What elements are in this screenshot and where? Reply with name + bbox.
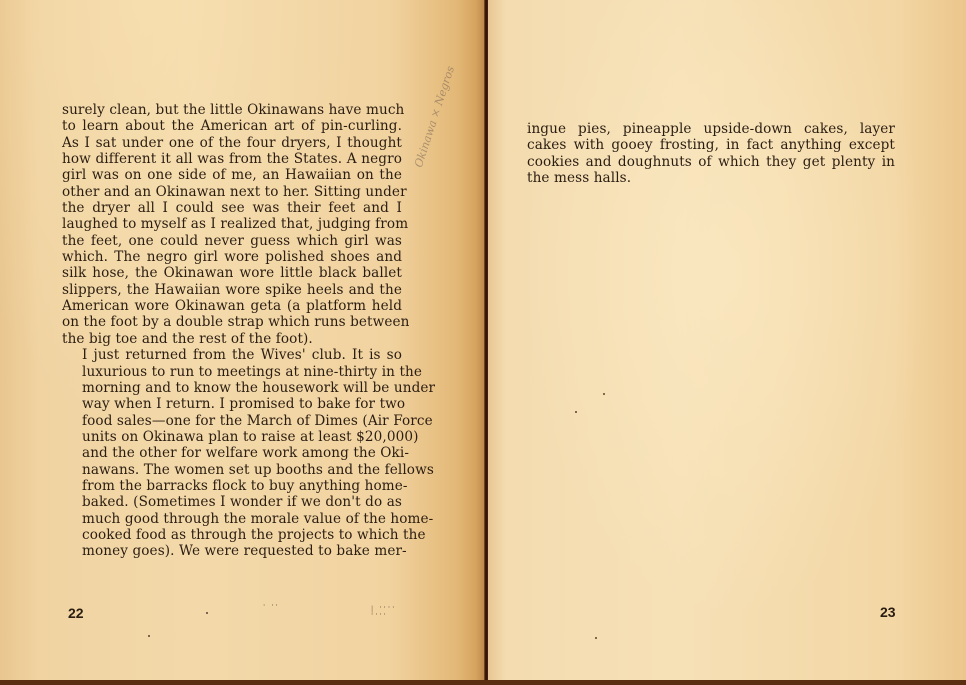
- text-line: food sales—one for the March of Dimes (A…: [62, 413, 402, 429]
- text-line: to learn about the American art of pin-c…: [62, 118, 402, 134]
- text-line: As I sat under one of the four dryers, I…: [62, 135, 402, 151]
- text-line: cookies and doughnuts of which they get …: [527, 154, 895, 170]
- paragraph-1: surely clean, but the little Okinawans h…: [62, 102, 402, 347]
- ink-mark: ' '': [262, 604, 279, 611]
- page-number-left: 22: [68, 605, 84, 621]
- text-line: American wore Okinawan geta (a platform …: [62, 298, 402, 314]
- text-line: cooked food as through the projects to w…: [62, 527, 402, 543]
- text-line: slippers, the Hawaiian wore spike heels …: [62, 282, 402, 298]
- text-line: baked. (Sometimes I wonder if we don't d…: [62, 494, 402, 510]
- left-page: surely clean, but the little Okinawans h…: [0, 0, 486, 682]
- text-line: and the other for welfare work among the…: [62, 445, 402, 461]
- paragraph-3: ingue pies, pineapple upside-down cakes,…: [527, 121, 895, 186]
- text-line: girl was on one side of me, an Hawaiian …: [62, 167, 402, 183]
- text-line: the dryer all I could see was their feet…: [62, 200, 402, 216]
- text-line: surely clean, but the little Okinawans h…: [62, 102, 402, 118]
- paragraph-2: I just returned from the Wives' club. It…: [62, 347, 402, 559]
- text-line: laughed to myself as I realized that, ju…: [62, 216, 402, 232]
- text-line: silk hose, the Okinawan wore little blac…: [62, 265, 402, 281]
- text-line: the big toe and the rest of the foot).: [62, 331, 402, 347]
- page-number-right: 23: [880, 604, 896, 620]
- book-spread: surely clean, but the little Okinawans h…: [0, 0, 966, 682]
- left-page-body: surely clean, but the little Okinawans h…: [62, 102, 402, 560]
- right-page-body: ingue pies, pineapple upside-down cakes,…: [527, 121, 895, 186]
- text-line: on the foot by a double strap which runs…: [62, 314, 402, 330]
- text-line: other and an Okinawan next to her. Sitti…: [62, 184, 402, 200]
- text-line: ingue pies, pineapple upside-down cakes,…: [527, 121, 895, 137]
- text-line: how different it all was from the States…: [62, 151, 402, 167]
- text-line: much good through the morale value of th…: [62, 511, 402, 527]
- text-line: money goes). We were requested to bake m…: [62, 543, 402, 559]
- text-line: units on Okinawa plan to raise at least …: [62, 429, 402, 445]
- handwritten-margin-note: Okinawa × Negros: [412, 64, 458, 169]
- text-line: nawans. The women set up booths and the …: [62, 462, 402, 478]
- paper-speck: [206, 612, 208, 614]
- book-gutter: [484, 0, 488, 682]
- text-line: cakes with gooey frosting, in fact anyth…: [527, 137, 895, 153]
- text-line: which. The negro girl wore polished shoe…: [62, 249, 402, 265]
- ink-mark: | '''''''': [370, 606, 395, 620]
- paper-speck: [595, 637, 597, 639]
- text-line: luxurious to run to meetings at nine-thi…: [62, 364, 402, 380]
- paper-speck: [603, 393, 605, 395]
- book-bottom-edge: [0, 680, 966, 685]
- paper-speck: [148, 635, 150, 637]
- text-line: I just returned from the Wives' club. It…: [62, 347, 402, 363]
- right-page: ingue pies, pineapple upside-down cakes,…: [487, 0, 966, 682]
- text-line: way when I return. I promised to bake fo…: [62, 396, 402, 412]
- text-line: morning and to know the housework will b…: [62, 380, 402, 396]
- text-line: from the barracks flock to buy anything …: [62, 478, 402, 494]
- text-line: the feet, one could never guess which gi…: [62, 233, 402, 249]
- paper-speck: [575, 411, 577, 413]
- text-line: the mess halls.: [527, 170, 895, 186]
